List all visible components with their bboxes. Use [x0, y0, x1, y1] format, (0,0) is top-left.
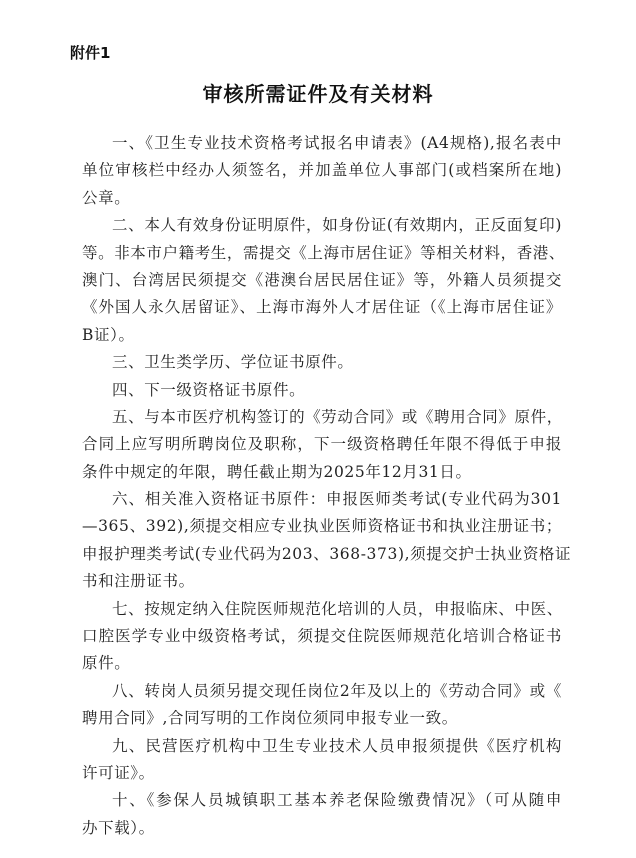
paragraph-line: 申报护理类考试(专业代码为203、368-373),须提交护士执业资格证 — [82, 541, 562, 568]
paragraph-line: 单位审核栏中经办人须签名，并加盖单位人事部门(或档案所在地) — [82, 157, 562, 184]
paragraph-line: 四、下一级资格证书原件。 — [82, 377, 562, 404]
paragraph-line: 许可证》。 — [82, 760, 562, 787]
paragraph-line: 澳门、台湾居民须提交《港澳台居民居住证》等，外籍人员须提交 — [82, 267, 562, 294]
list-item-10: 十、《参保人员城镇职工基本养老保险缴费情况》（可从随申 办下载）。 — [82, 787, 562, 842]
paragraph-line: 六、相关准入资格证书原件：申报医师类考试(专业代码为301 — [82, 486, 562, 513]
paragraph-line: 十、《参保人员城镇职工基本养老保险缴费情况》（可从随申 — [82, 787, 562, 814]
paragraph-line: 八、转岗人员须另提交现任岗位2年及以上的《劳动合同》或《 — [82, 678, 562, 705]
attachment-label: 附件1 — [70, 42, 110, 63]
paragraph-line: 二、本人有效身份证明原件，如身份证(有效期内，正反面复印) — [82, 212, 562, 239]
paragraph-line: 书和注册证书。 — [82, 568, 562, 595]
list-item-4: 四、下一级资格证书原件。 — [82, 377, 562, 404]
paragraph-line: 等。非本市户籍考生，需提交《上海市居住证》等相关材料，香港、 — [82, 240, 562, 267]
paragraph-line: 五、与本市医疗机构签订的《劳动合同》或《聘用合同》原件， — [82, 404, 562, 431]
list-item-3: 三、卫生类学历、学位证书原件。 — [82, 349, 562, 376]
paragraph-line: 原件。 — [82, 650, 562, 677]
document-body: 一、《卫生专业技术资格考试报名申请表》(A4规格),报名表中 单位审核栏中经办人… — [82, 130, 562, 842]
list-item-9: 九、民营医疗机构中卫生专业技术人员申报须提供《医疗机构 许可证》。 — [82, 733, 562, 788]
list-item-8: 八、转岗人员须另提交现任岗位2年及以上的《劳动合同》或《 聘用合同》,合同写明的… — [82, 678, 562, 733]
paragraph-line: B证）。 — [82, 322, 562, 349]
paragraph-line: 聘用合同》,合同写明的工作岗位须同申报专业一致。 — [82, 705, 562, 732]
paragraph-line: 公章。 — [82, 185, 562, 212]
paragraph-line: 三、卫生类学历、学位证书原件。 — [82, 349, 562, 376]
paragraph-line: 合同上应写明所聘岗位及职称，下一级资格聘任年限不得低于申报 — [82, 431, 562, 458]
page-title: 审核所需证件及有关材料 — [0, 78, 636, 107]
paragraph-line: 七、按规定纳入住院医师规范化培训的人员，申报临床、中医、 — [82, 596, 562, 623]
paragraph-line: 条件中规定的年限，聘任截止期为2025年12月31日。 — [82, 459, 562, 486]
paragraph-line: 口腔医学专业中级资格考试，须提交住院医师规范化培训合格证书 — [82, 623, 562, 650]
list-item-7: 七、按规定纳入住院医师规范化培训的人员，申报临床、中医、 口腔医学专业中级资格考… — [82, 596, 562, 678]
list-item-1: 一、《卫生专业技术资格考试报名申请表》(A4规格),报名表中 单位审核栏中经办人… — [82, 130, 562, 212]
list-item-2: 二、本人有效身份证明原件，如身份证(有效期内，正反面复印) 等。非本市户籍考生，… — [82, 212, 562, 349]
paragraph-line: 一、《卫生专业技术资格考试报名申请表》(A4规格),报名表中 — [82, 130, 562, 157]
list-item-5: 五、与本市医疗机构签订的《劳动合同》或《聘用合同》原件， 合同上应写明所聘岗位及… — [82, 404, 562, 486]
list-item-6: 六、相关准入资格证书原件：申报医师类考试(专业代码为301 —365、392),… — [82, 486, 562, 596]
paragraph-line: —365、392),须提交相应专业执业医师资格证书和执业注册证书； — [82, 513, 562, 540]
paragraph-line: 办下载）。 — [82, 815, 562, 842]
paragraph-line: 《外国人永久居留证》、上海市海外人才居住证（《上海市居住证》 — [82, 294, 562, 321]
paragraph-line: 九、民营医疗机构中卫生专业技术人员申报须提供《医疗机构 — [82, 733, 562, 760]
